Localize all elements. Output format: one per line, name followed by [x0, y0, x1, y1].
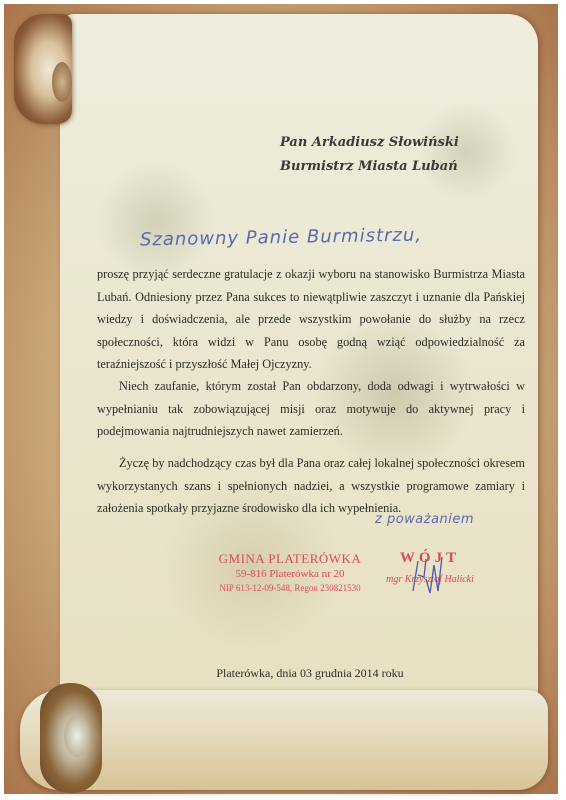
date-line: Platerówka, dnia 03 grudnia 2014 roku [210, 666, 410, 681]
scroll-top-roll [14, 14, 72, 124]
scroll-top-roll-hole [52, 62, 72, 102]
gmina-stamp-ids: NIP 613-12-09-548, Regon 230821530 [215, 582, 365, 595]
paragraph-3: Życzę by nadchodzący czas był dla Pana o… [97, 452, 525, 520]
recipient-block: Pan Arkadiusz Słowiński Burmistrz Miasta… [280, 131, 500, 179]
gmina-stamp-address: 59-816 Platerówka nr 20 [215, 567, 365, 582]
paragraph-2: Niech zaufanie, którym został Pan obdarz… [97, 375, 525, 443]
signature-icon [408, 555, 448, 595]
scroll-bottom-roll-hole [64, 715, 90, 757]
gmina-stamp-name: GMINA PLATERÓWKA [215, 551, 365, 567]
recipient-name: Pan Arkadiusz Słowiński [280, 131, 500, 155]
handwritten-closing: z poważaniem [375, 512, 474, 527]
gmina-stamp: GMINA PLATERÓWKA 59-816 Platerówka nr 20… [215, 551, 365, 595]
paragraph-1: proszę przyjąć serdeczne gratulacje z ok… [97, 263, 525, 376]
recipient-title: Burmistrz Miasta Lubań [280, 155, 500, 179]
